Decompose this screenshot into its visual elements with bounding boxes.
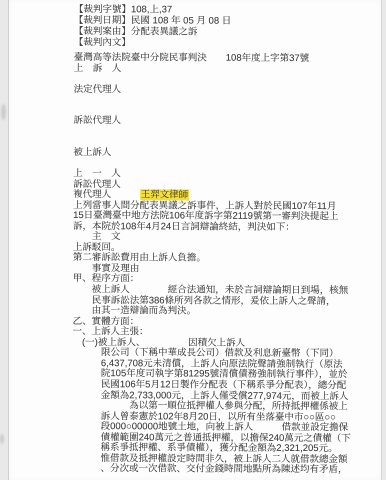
party-litigation-agent-label: 訴訟代理人 xyxy=(73,116,373,128)
smudge-artifact xyxy=(1,104,6,120)
sub-agent-label: 複代理人 xyxy=(73,189,140,200)
judgment-metadata: 【裁判字號】108,上,37 【裁判日期】民國 108 年 05 月 08 日 … xyxy=(74,4,374,49)
page-right-edge xyxy=(381,0,382,480)
highlighted-lawyer-name: 王羿文律師 xyxy=(140,189,190,200)
page-left-edge xyxy=(8,0,9,480)
party-appellant-label: 上 訴 人 xyxy=(74,64,374,76)
meta-content-label: 【裁判內文】 xyxy=(74,37,374,49)
party-legal-representative-label: 法定代理人 xyxy=(74,85,374,97)
document-line: 、分次或一次借款、交付金錢時間地點所為陳述均有矛盾， xyxy=(72,464,372,476)
judgment-text: 【裁判字號】108,上,37 【裁判日期】民國 108 年 05 月 08 日 … xyxy=(72,4,374,476)
scanned-document-photo: 【裁判字號】108,上,37 【裁判日期】民國 108 年 05 月 08 日 … xyxy=(0,0,386,480)
smudge-artifact xyxy=(0,434,4,444)
judgment-body: 臺灣高等法院臺中分院民事判決 108年度上字第37號 上 訴 人 法定代理人 訴… xyxy=(72,53,374,476)
